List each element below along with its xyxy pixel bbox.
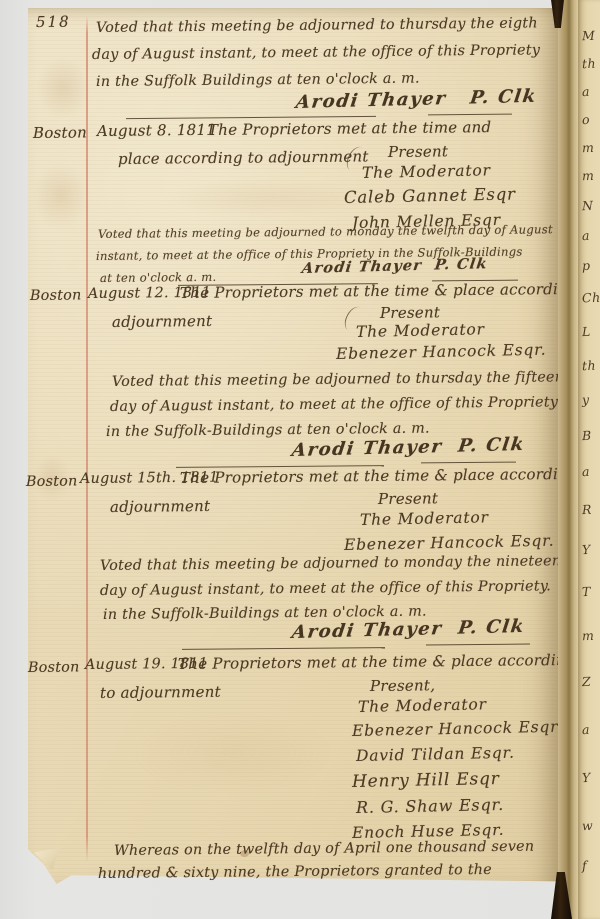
next-page-text-fragment: R xyxy=(582,502,592,517)
red-margin-rule xyxy=(86,16,88,862)
next-page-text-fragment: Y xyxy=(582,542,591,557)
attendee-name: The Moderator xyxy=(358,695,487,716)
next-page-text-fragment: p xyxy=(582,258,591,273)
next-page-text-fragment: L xyxy=(582,324,591,339)
ink-bleedthrough xyxy=(34,48,92,128)
next-page-text-fragment: o xyxy=(582,112,591,127)
present-label: Present xyxy=(380,303,440,322)
next-page-text-fragment: a xyxy=(582,722,590,737)
ink-bleedthrough xyxy=(30,153,92,238)
scanned-book-photo: 518 Voted that this meeting be adjourned… xyxy=(0,0,600,919)
next-page-text-fragment: a xyxy=(582,464,590,479)
next-page-text-fragment: B xyxy=(582,428,592,443)
ink-bleedthrough xyxy=(118,698,348,808)
signature-name: Arodi Thayer xyxy=(295,88,448,113)
margin-place-label: Boston xyxy=(33,123,87,142)
next-page-text-fragment: th xyxy=(582,56,597,71)
entry-opening-line: The Proprietors met at the time and xyxy=(208,118,492,139)
next-page-text-fragment: th xyxy=(582,358,597,373)
next-page-text-fragment: y xyxy=(582,392,590,407)
vote-line: in the Suffolk Buildings at ten o'clock … xyxy=(96,71,420,90)
next-page-text-fragment: Y xyxy=(582,770,591,785)
margin-place-label: Boston xyxy=(30,287,82,304)
present-label: Present xyxy=(388,142,448,161)
signature-title: P. Clk xyxy=(469,86,538,109)
attendee-name: R. G. Shaw Esqr. xyxy=(356,795,504,817)
next-page-text-fragment: a xyxy=(582,228,590,243)
next-page-text-fragment: Z xyxy=(582,674,592,689)
signature-name: Arodi Thayer xyxy=(291,436,444,461)
next-page-text-fragment: w xyxy=(582,818,594,833)
attendee-name: The Moderator xyxy=(362,161,491,182)
attendee-name: The Moderator xyxy=(356,320,485,341)
signature-title: P. Clk xyxy=(457,616,526,639)
entry-opening-line: place according to adjournment xyxy=(118,147,369,168)
next-page-text-fragment: a xyxy=(582,84,590,99)
next-page-text-fragment: f xyxy=(582,858,588,873)
next-page-text-fragment: m xyxy=(582,168,595,183)
signature-name: Arodi Thayer xyxy=(291,618,444,643)
page-number: 518 xyxy=(36,13,71,31)
next-page-text-fragment: N xyxy=(582,198,594,213)
next-page-sliver: M th a o m m N a p Ch L th y B a R Y T m… xyxy=(578,0,600,919)
entry-opening-line: adjournment xyxy=(110,497,210,516)
signature-name: Arodi Thayer xyxy=(301,257,423,277)
next-page-text-fragment: Ch xyxy=(582,290,600,306)
entry-date: August 8. 1811 xyxy=(97,121,216,140)
next-page-text-fragment: m xyxy=(582,140,595,155)
book-gutter xyxy=(558,0,578,919)
margin-place-label: Boston xyxy=(26,473,78,490)
attendee-name: Henry Hill Esqr xyxy=(352,769,500,792)
margin-place-label: Boston xyxy=(28,659,80,676)
signature-title: P. Clk xyxy=(457,434,526,457)
next-page-text-fragment: T xyxy=(582,584,591,599)
present-label: Present, xyxy=(370,676,435,695)
entry-opening-line: adjournment xyxy=(112,312,212,331)
entry-opening-line: to adjournment xyxy=(100,683,221,702)
next-page-text-fragment: m xyxy=(582,628,595,643)
signature-title: P. Clk xyxy=(434,255,489,273)
vote-line: at ten o'clock a. m. xyxy=(100,270,217,285)
attendee-name: The Moderator xyxy=(360,508,489,529)
attendee-name: Caleb Gannet Esqr xyxy=(344,184,516,207)
present-label: Present xyxy=(378,489,438,508)
attendee-name: David Tildan Esqr. xyxy=(356,744,515,765)
next-page-text-fragment: M xyxy=(582,28,596,43)
